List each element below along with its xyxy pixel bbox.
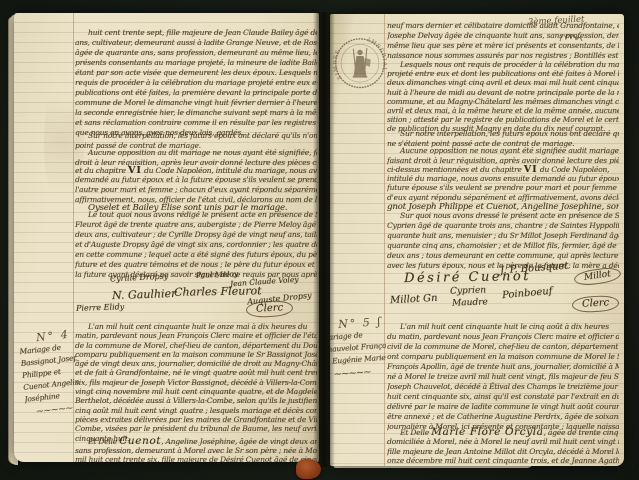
witnesses-paragraph: Le tout quoi nous avons rédigé le présen… bbox=[75, 210, 317, 280]
signature-witness: Cyrille Dropsy bbox=[110, 271, 169, 283]
chapter-line-suffix: du Code Napoléon, intitulé du mariage, n… bbox=[142, 166, 317, 175]
left-register-page: huit cent trente sept, fille majeure de … bbox=[14, 13, 319, 462]
celebration-paragraph-a: Aucune opposition au dit mariage ne nous… bbox=[75, 148, 317, 168]
act-5-bride-paragraph: domiciliée à Morel, née à Morel le neuf … bbox=[387, 437, 619, 466]
act-4-bride-paragraph: sans profession, demeurant à Morel avec … bbox=[75, 446, 317, 462]
celebration-paragraph-b: intitulé du mariage, nous avons ensuite … bbox=[387, 174, 619, 193]
signature-mayor-clerc: Clerc bbox=[246, 300, 294, 318]
celebration-paragraph-b: demandé au futur époux et à la future ép… bbox=[75, 175, 317, 205]
signature-witness: Poinboeuf bbox=[502, 286, 553, 301]
act-continuation-paragraph: huit cent trente sept, fille majeure de … bbox=[75, 28, 317, 138]
celebration-paragraph-a: Aucune opposition ne nous ayant été sign… bbox=[387, 146, 619, 166]
signature-witness: Maudre bbox=[452, 297, 488, 308]
signature-witness: N. Gaulhier bbox=[112, 287, 177, 302]
act-continuation-paragraph: neuf mars dernier et célibataire domicil… bbox=[387, 21, 619, 61]
stamp-figure bbox=[353, 48, 371, 78]
register-scan-canvas[interactable]: huit cent trente sept, fille majeure de … bbox=[0, 0, 639, 480]
act-4-opening-paragraph: L'an mil huit cent cinquante huit le onz… bbox=[75, 322, 317, 443]
right-register-page: 3ème feuillet TIMBRE IMPÉRIAL bbox=[330, 14, 624, 466]
signature-witness: Millot Gn bbox=[390, 293, 438, 306]
chapter-line-prefix: et du chapitre bbox=[75, 166, 128, 175]
signature-witness: Paul Meloy bbox=[196, 269, 238, 279]
margin-brace: ʃ bbox=[377, 315, 383, 328]
margin-note-lines: Mariage deBassignot JosephPhilippe etCue… bbox=[19, 340, 81, 406]
stamp-text-left: TIMBRE bbox=[333, 48, 344, 80]
witnesses-paragraph: Sur quoi nous avons dressé le présent ac… bbox=[387, 211, 619, 271]
margin-note-act-4: N° 4 Mariage deBassignot JosephPhilippe … bbox=[18, 328, 83, 419]
act-5-opening-paragraph: L'an mil huit cent cinquante huit le cin… bbox=[387, 322, 619, 432]
signature-witness: Cyprien bbox=[450, 285, 486, 296]
publications-paragraph: Lesquels nous ont requis de procéder à l… bbox=[387, 60, 619, 134]
margin-note-act-5: N° 5 ʃ Mariage deChauvelot François Apol… bbox=[330, 316, 388, 382]
wax-seal-fragment bbox=[296, 459, 321, 479]
margin-note-lines: Mariage deChauvelot François Apollinet E… bbox=[330, 328, 387, 368]
signature-witness: Pierre Elidy bbox=[76, 302, 124, 313]
margin-flourish: ∼∼∼∼∼ bbox=[333, 366, 388, 382]
signature-mayor-clerc: Clerc bbox=[572, 295, 620, 313]
svg-text:TIMBRE: TIMBRE bbox=[333, 48, 344, 80]
timbre-imperial-stamp: TIMBRE IMPÉRIAL bbox=[333, 36, 387, 94]
